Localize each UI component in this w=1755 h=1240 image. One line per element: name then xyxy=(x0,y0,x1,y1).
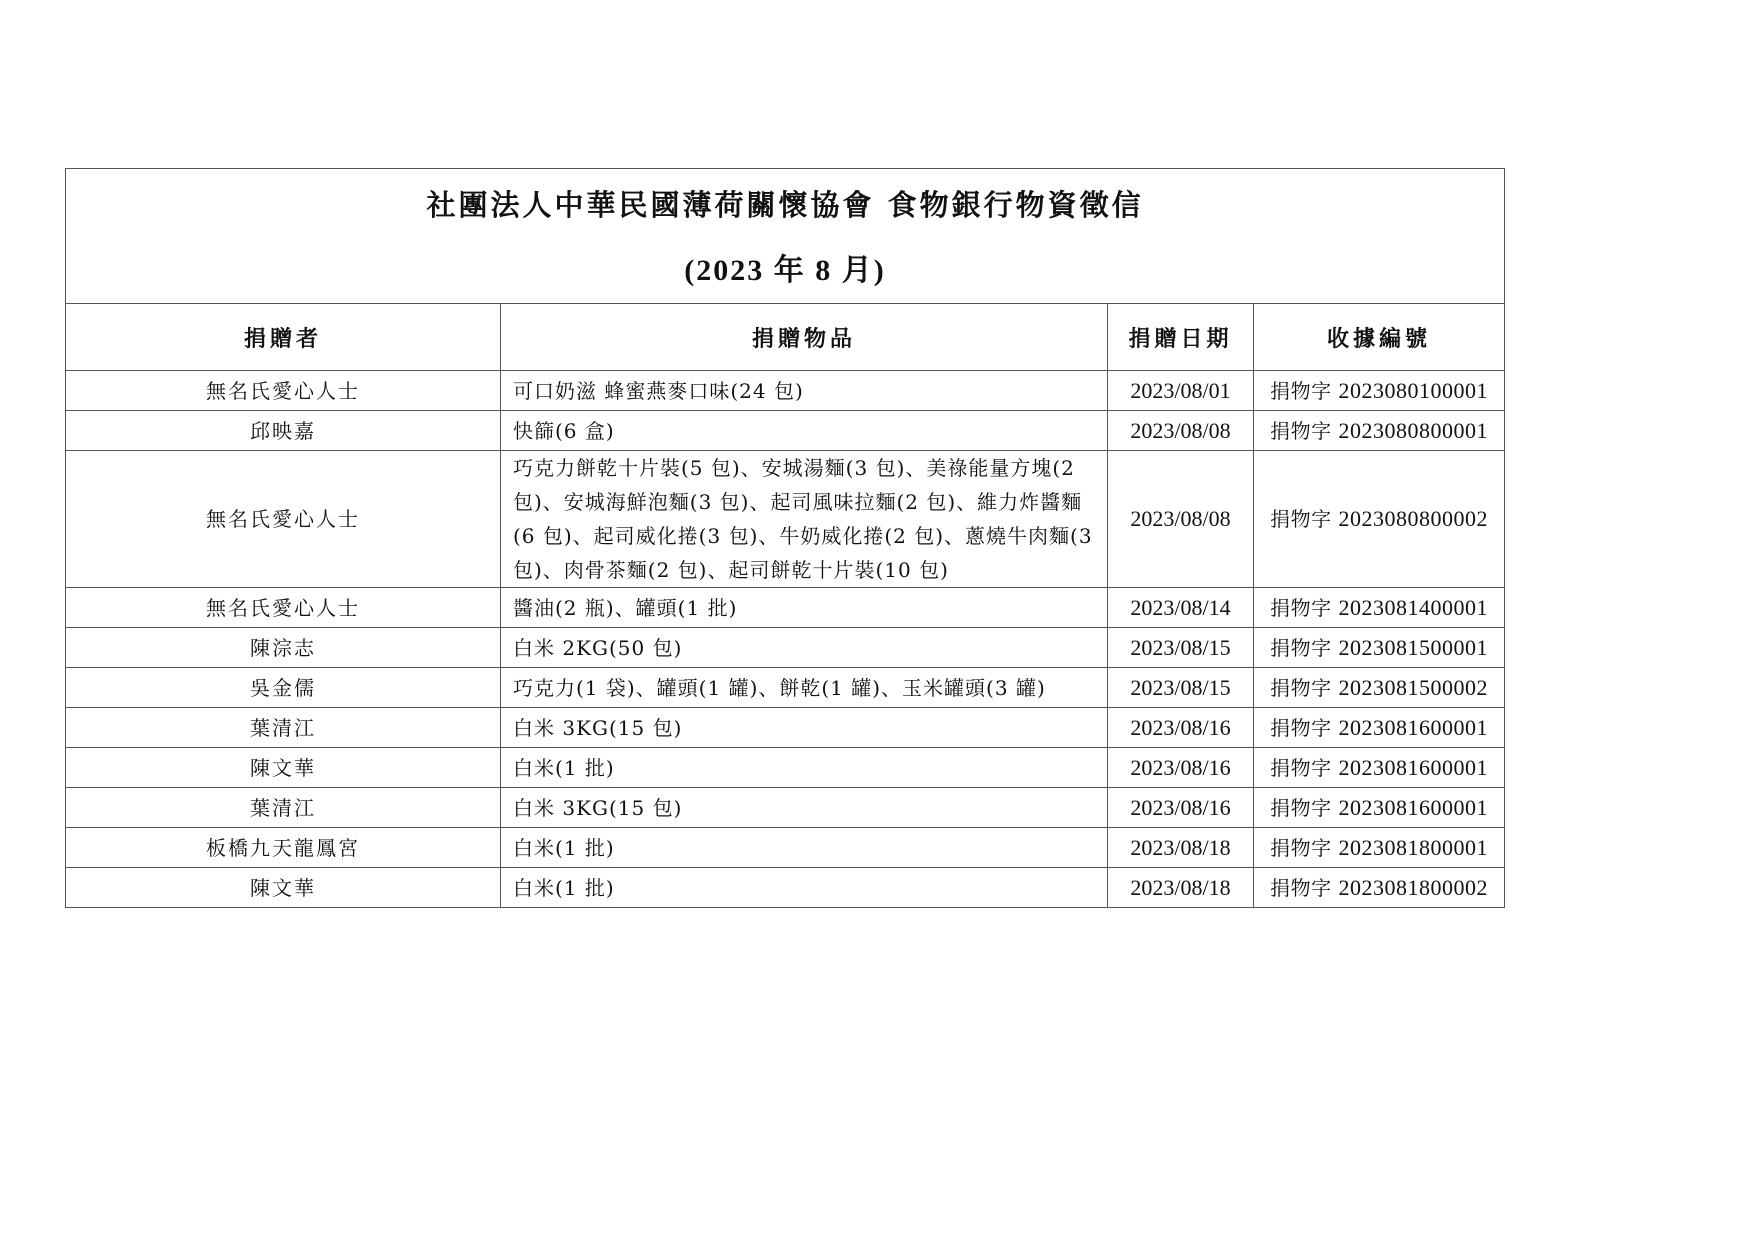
donation-table: 社團法人中華民國薄荷關懷協會 食物銀行物資徵信 (2023 年 8 月) 捐贈者… xyxy=(65,168,1505,908)
title-row: 社團法人中華民國薄荷關懷協會 食物銀行物資徵信 (2023 年 8 月) xyxy=(66,169,1505,304)
donor-cell: 無名氏愛心人士 xyxy=(66,588,501,628)
receipt-prefix: 捐物字 xyxy=(1270,507,1332,531)
donor-cell: 葉清江 xyxy=(66,708,501,748)
date-cell: 2023/08/15 xyxy=(1108,668,1254,708)
receipt-cell: 捐物字 2023080800002 xyxy=(1254,451,1505,588)
receipt-prefix: 捐物字 xyxy=(1270,676,1332,700)
donor-cell: 邱映嘉 xyxy=(66,411,501,451)
receipt-prefix: 捐物字 xyxy=(1270,756,1332,780)
receipt-cell: 捐物字 2023081500002 xyxy=(1254,668,1505,708)
receipt-number: 2023081600001 xyxy=(1338,715,1488,740)
receipt-number: 2023081500001 xyxy=(1338,635,1488,660)
receipt-cell: 捐物字 2023081600001 xyxy=(1254,788,1505,828)
donor-cell: 無名氏愛心人士 xyxy=(66,371,501,411)
receipt-cell: 捐物字 2023081500001 xyxy=(1254,628,1505,668)
items-cell: 巧克力餅乾十片裝(5 包)、安城湯麵(3 包)、美祿能量方塊(2 包)、安城海鮮… xyxy=(501,451,1108,588)
date-cell: 2023/08/16 xyxy=(1108,708,1254,748)
items-cell: 白米(1 批) xyxy=(501,748,1108,788)
items-cell: 白米 2KG(50 包) xyxy=(501,628,1108,668)
items-cell: 巧克力(1 袋)、罐頭(1 罐)、餅乾(1 罐)、玉米罐頭(3 罐) xyxy=(501,668,1108,708)
date-cell: 2023/08/18 xyxy=(1108,828,1254,868)
table-row: 無名氏愛心人士 可口奶滋 蜂蜜燕麥口味(24 包) 2023/08/01 捐物字… xyxy=(66,371,1505,411)
receipt-cell: 捐物字 2023081600001 xyxy=(1254,748,1505,788)
receipt-prefix: 捐物字 xyxy=(1270,636,1332,660)
date-cell: 2023/08/08 xyxy=(1108,451,1254,588)
date-cell: 2023/08/16 xyxy=(1108,748,1254,788)
receipt-number: 2023081600001 xyxy=(1338,755,1488,780)
items-cell: 白米 3KG(15 包) xyxy=(501,708,1108,748)
receipt-cell: 捐物字 2023081800001 xyxy=(1254,828,1505,868)
receipt-number: 2023081400001 xyxy=(1338,595,1488,620)
date-cell: 2023/08/16 xyxy=(1108,788,1254,828)
items-cell: 可口奶滋 蜂蜜燕麥口味(24 包) xyxy=(501,371,1108,411)
date-cell: 2023/08/18 xyxy=(1108,868,1254,908)
donor-cell: 葉清江 xyxy=(66,788,501,828)
donor-cell: 陳淙志 xyxy=(66,628,501,668)
table-row: 葉清江 白米 3KG(15 包) 2023/08/16 捐物字 20230816… xyxy=(66,708,1505,748)
table-row: 無名氏愛心人士 醬油(2 瓶)、罐頭(1 批) 2023/08/14 捐物字 2… xyxy=(66,588,1505,628)
donor-cell: 陳文華 xyxy=(66,868,501,908)
table-row: 陳淙志 白米 2KG(50 包) 2023/08/15 捐物字 20230815… xyxy=(66,628,1505,668)
items-cell: 白米 3KG(15 包) xyxy=(501,788,1108,828)
receipt-prefix: 捐物字 xyxy=(1270,419,1332,443)
receipt-prefix: 捐物字 xyxy=(1270,379,1332,403)
receipt-prefix: 捐物字 xyxy=(1270,716,1332,740)
column-header-donor: 捐贈者 xyxy=(66,304,501,371)
items-cell: 白米(1 批) xyxy=(501,828,1108,868)
column-header-receipt: 收據編號 xyxy=(1254,304,1505,371)
items-cell: 快篩(6 盒) xyxy=(501,411,1108,451)
page-subtitle: (2023 年 8 月) xyxy=(66,253,1504,289)
receipt-number: 2023080800002 xyxy=(1338,506,1488,531)
receipt-number: 2023081500002 xyxy=(1338,675,1488,700)
table-row: 無名氏愛心人士 巧克力餅乾十片裝(5 包)、安城湯麵(3 包)、美祿能量方塊(2… xyxy=(66,451,1505,588)
column-header-items: 捐贈物品 xyxy=(501,304,1108,371)
receipt-cell: 捐物字 2023080100001 xyxy=(1254,371,1505,411)
table-row: 葉清江 白米 3KG(15 包) 2023/08/16 捐物字 20230816… xyxy=(66,788,1505,828)
receipt-number: 2023080800001 xyxy=(1338,418,1488,443)
receipt-prefix: 捐物字 xyxy=(1270,836,1332,860)
table-row: 吳金儒 巧克力(1 袋)、罐頭(1 罐)、餅乾(1 罐)、玉米罐頭(3 罐) 2… xyxy=(66,668,1505,708)
donor-cell: 吳金儒 xyxy=(66,668,501,708)
receipt-cell: 捐物字 2023081400001 xyxy=(1254,588,1505,628)
date-cell: 2023/08/08 xyxy=(1108,411,1254,451)
items-cell: 醬油(2 瓶)、罐頭(1 批) xyxy=(501,588,1108,628)
donor-cell: 無名氏愛心人士 xyxy=(66,451,501,588)
column-header-date: 捐贈日期 xyxy=(1108,304,1254,371)
receipt-cell: 捐物字 2023080800001 xyxy=(1254,411,1505,451)
receipt-prefix: 捐物字 xyxy=(1270,876,1332,900)
receipt-number: 2023081600001 xyxy=(1338,795,1488,820)
page-title: 社團法人中華民國薄荷關懷協會 食物銀行物資徵信 xyxy=(66,187,1504,223)
receipt-cell: 捐物字 2023081600001 xyxy=(1254,708,1505,748)
table-row: 陳文華 白米(1 批) 2023/08/18 捐物字 2023081800002 xyxy=(66,868,1505,908)
date-cell: 2023/08/14 xyxy=(1108,588,1254,628)
donor-cell: 陳文華 xyxy=(66,748,501,788)
receipt-number: 2023081800001 xyxy=(1338,835,1488,860)
table-body: 無名氏愛心人士 可口奶滋 蜂蜜燕麥口味(24 包) 2023/08/01 捐物字… xyxy=(66,371,1505,908)
date-cell: 2023/08/15 xyxy=(1108,628,1254,668)
date-cell: 2023/08/01 xyxy=(1108,371,1254,411)
items-cell: 白米(1 批) xyxy=(501,868,1108,908)
title-cell: 社團法人中華民國薄荷關懷協會 食物銀行物資徵信 (2023 年 8 月) xyxy=(66,169,1505,304)
table-row: 板橋九天龍鳳宮 白米(1 批) 2023/08/18 捐物字 202308180… xyxy=(66,828,1505,868)
table-header-row: 捐贈者 捐贈物品 捐贈日期 收據編號 xyxy=(66,304,1505,371)
receipt-prefix: 捐物字 xyxy=(1270,596,1332,620)
receipt-number: 2023080100001 xyxy=(1338,378,1488,403)
receipt-cell: 捐物字 2023081800002 xyxy=(1254,868,1505,908)
receipt-number: 2023081800002 xyxy=(1338,875,1488,900)
table-row: 陳文華 白米(1 批) 2023/08/16 捐物字 2023081600001 xyxy=(66,748,1505,788)
table-row: 邱映嘉 快篩(6 盒) 2023/08/08 捐物字 2023080800001 xyxy=(66,411,1505,451)
receipt-prefix: 捐物字 xyxy=(1270,796,1332,820)
donor-cell: 板橋九天龍鳳宮 xyxy=(66,828,501,868)
